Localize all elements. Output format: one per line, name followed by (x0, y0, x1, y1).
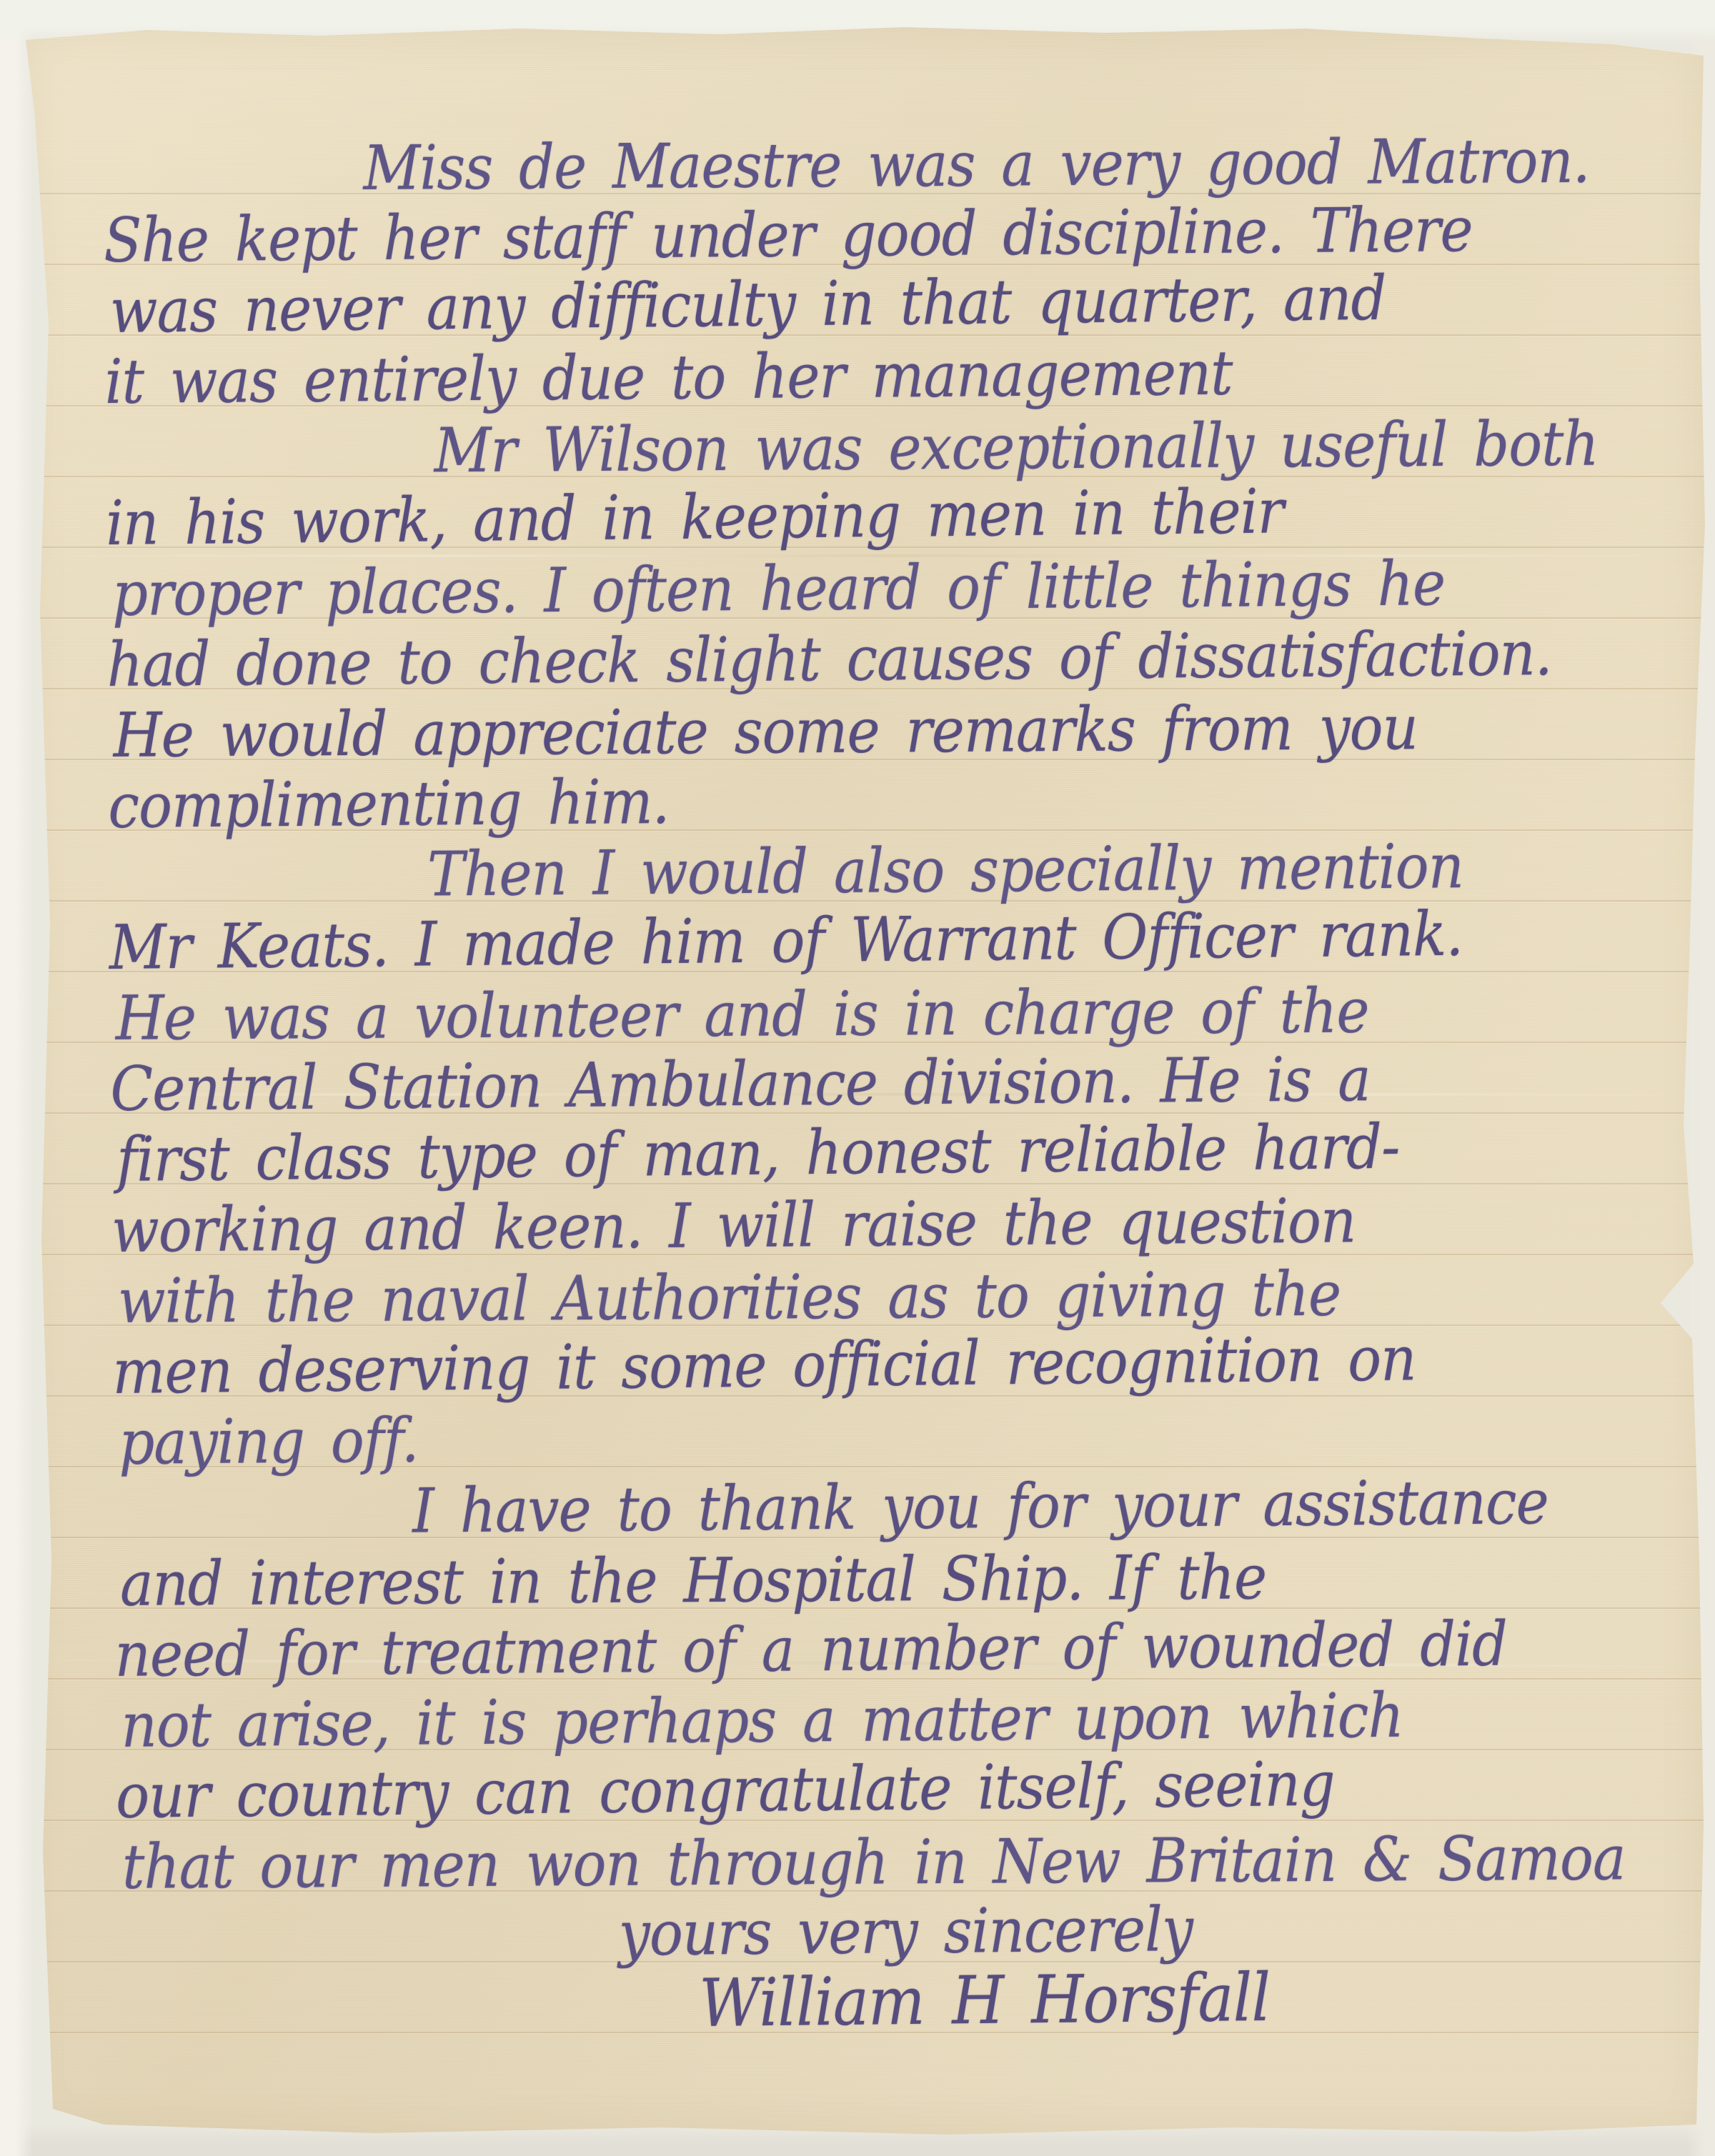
signature: William H Horsfall (123, 1952, 1689, 2045)
letter-sheet: Miss de Maestre was a very good Matron. … (19, 24, 1709, 2140)
letter-body: Miss de Maestre was a very good Matron. … (103, 124, 1689, 2045)
scan-background: Miss de Maestre was a very good Matron. … (0, 0, 1715, 2156)
